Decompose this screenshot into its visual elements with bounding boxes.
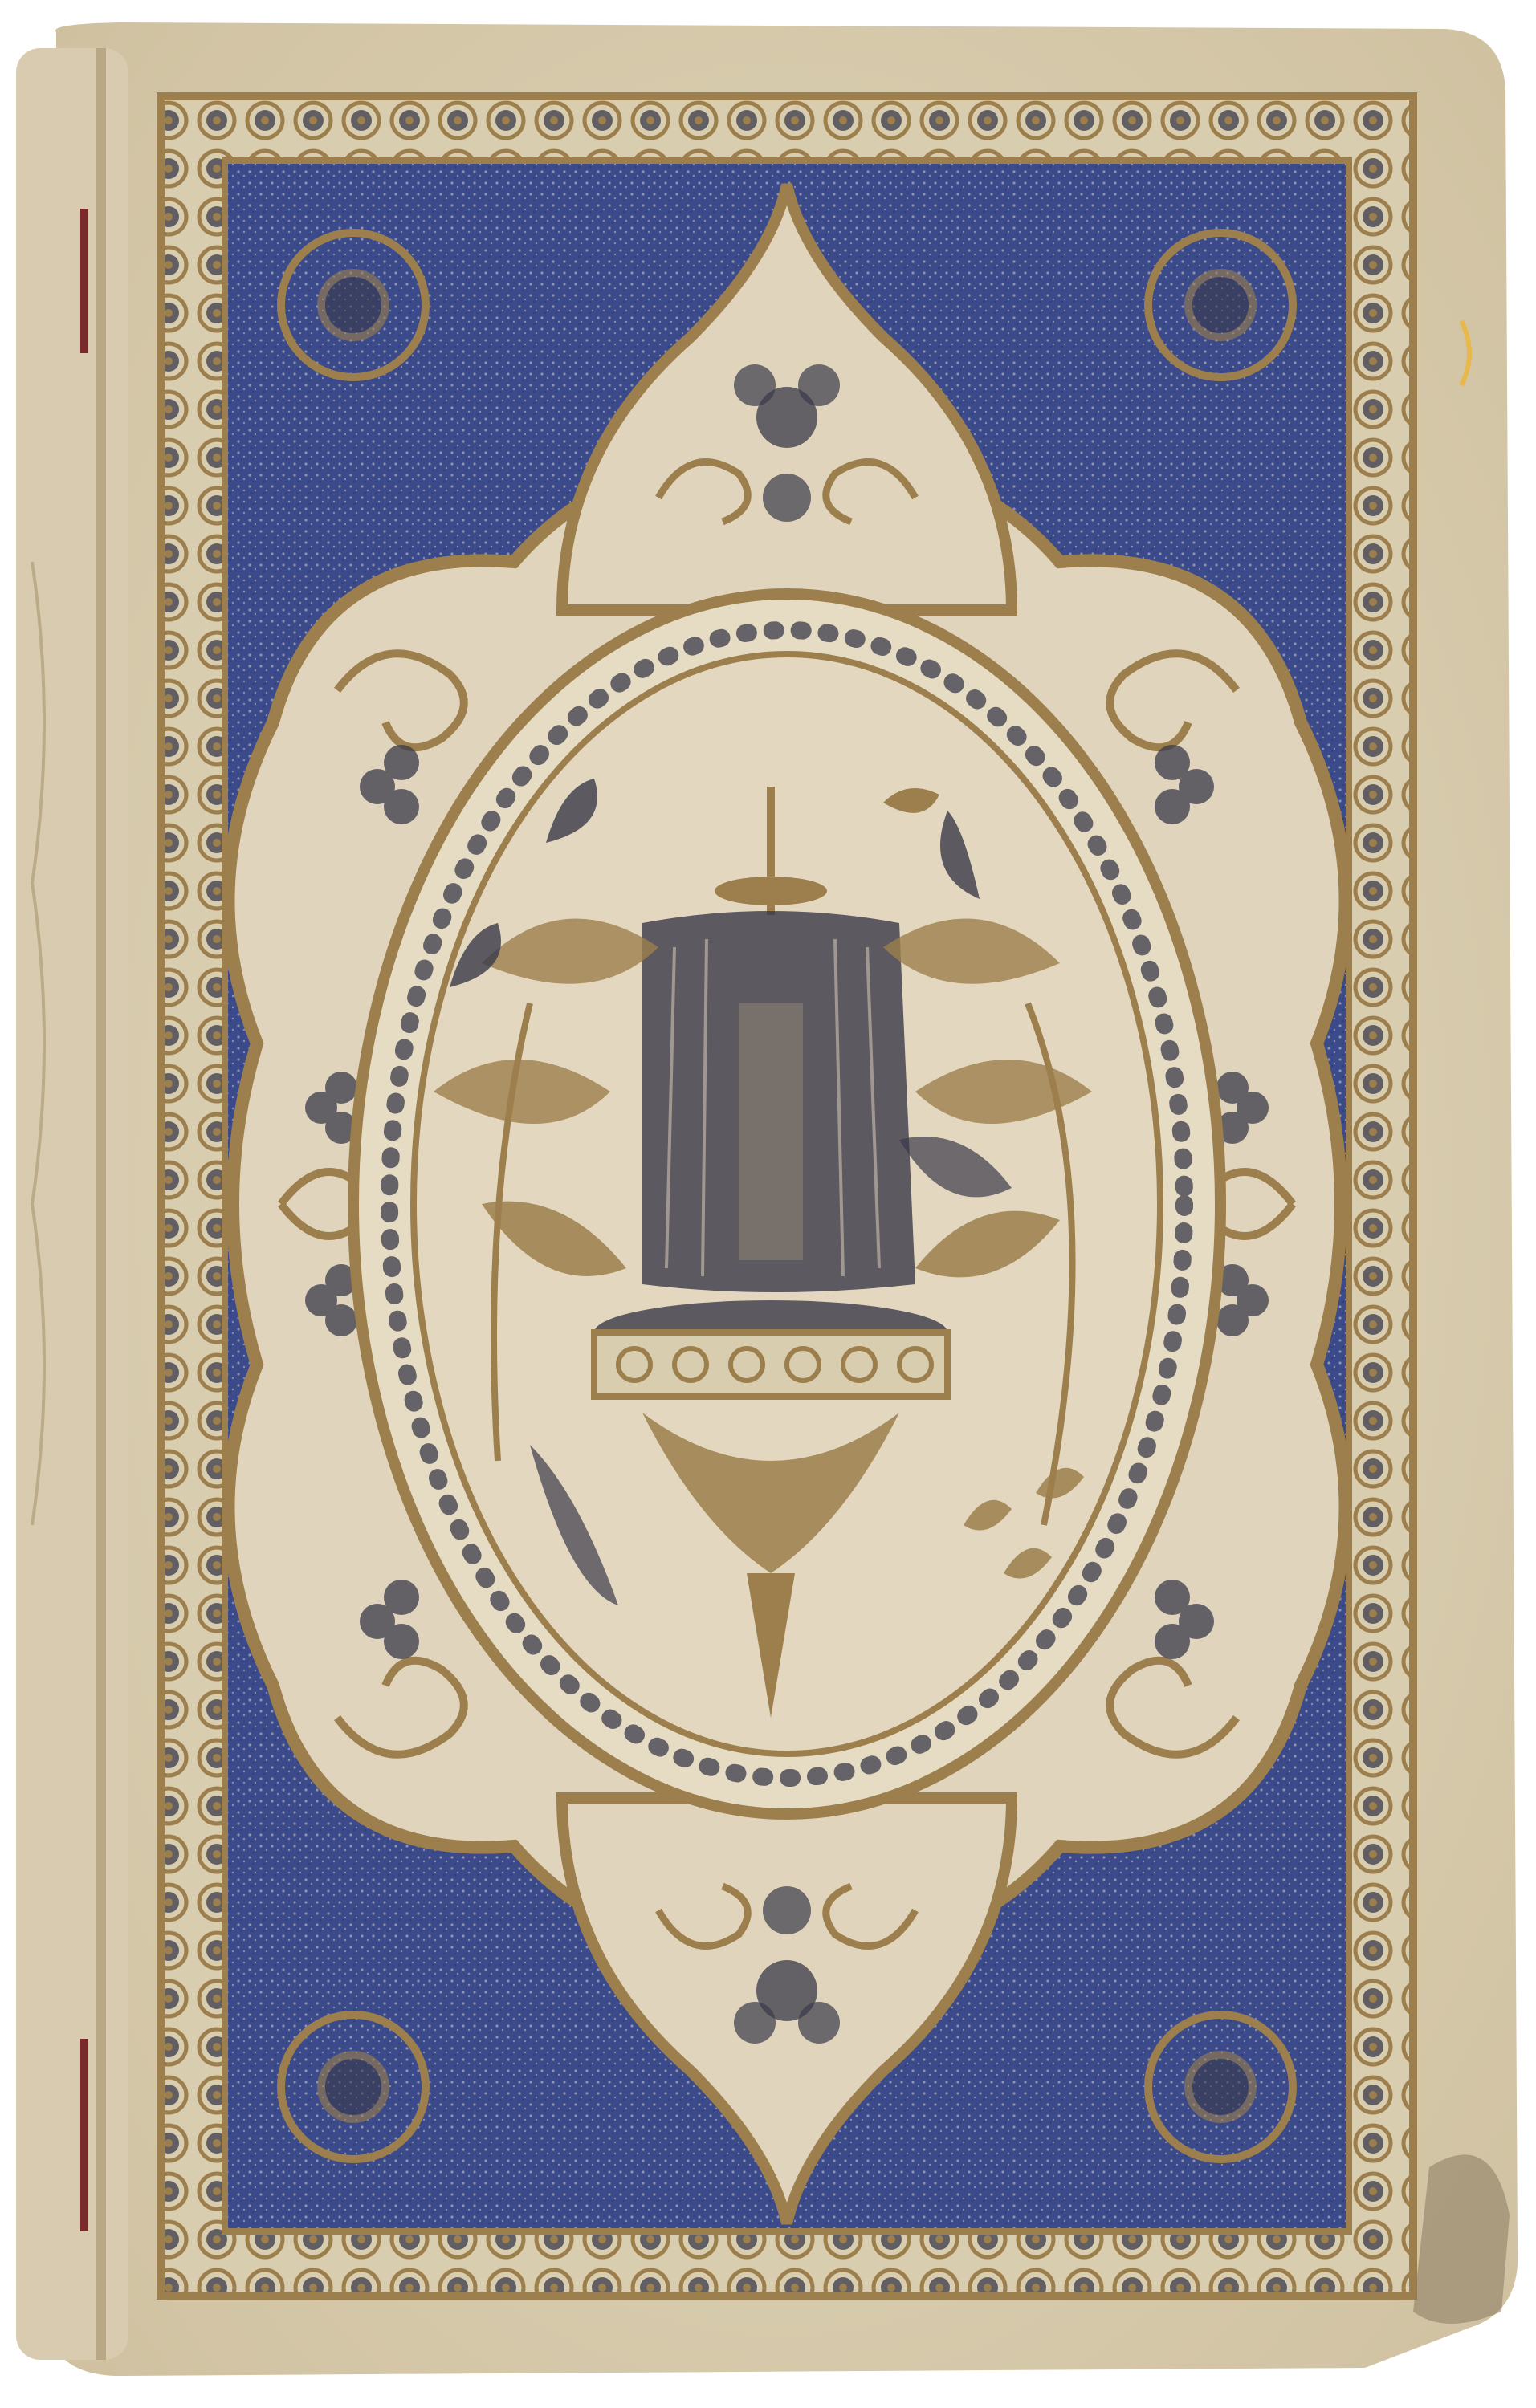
- book-cover-photo: [0, 0, 1536, 2408]
- spine-red-strip-top: [80, 209, 88, 353]
- spine: [16, 48, 128, 2360]
- spine-red-strip-bottom: [80, 2039, 88, 2231]
- book-cover-illustration: [0, 0, 1536, 2408]
- central-medallion: [353, 594, 1220, 1814]
